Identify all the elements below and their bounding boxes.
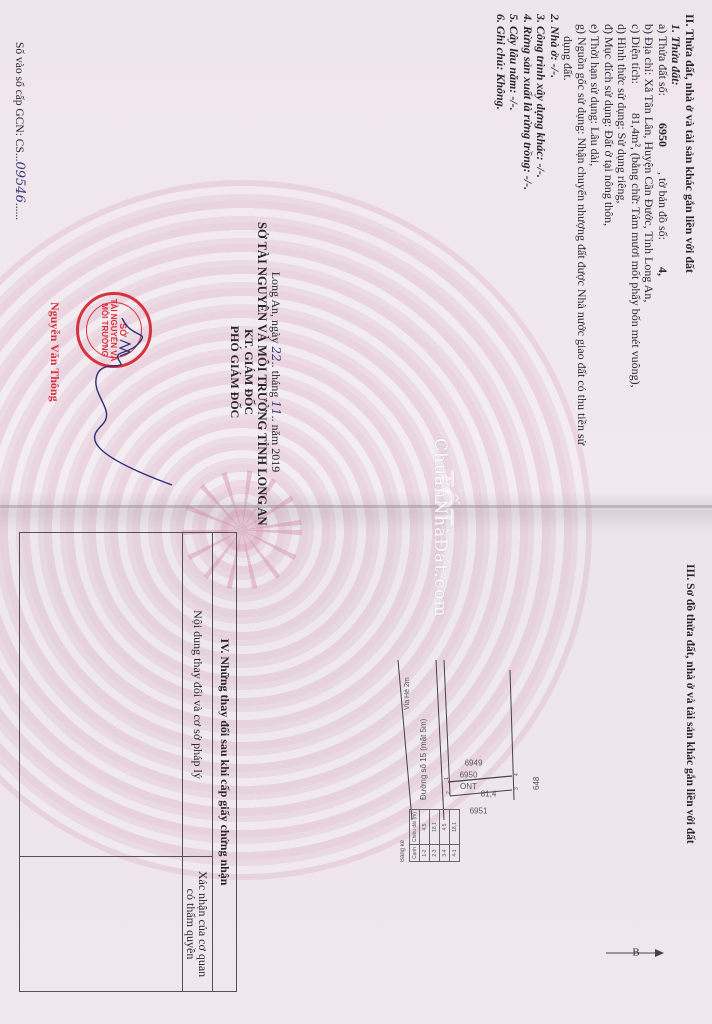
section-ii-title: II. Thửa đất, nhà ở và tài sản khác gắn … [683, 14, 697, 445]
section-iii-title: III. Sơ đồ thửa đất, nhà ở và tài sản kh… [683, 564, 697, 844]
table-row: 3-44,5 [440, 810, 450, 862]
edge-table-title: Bảng kê [400, 752, 406, 862]
changes-table: IV. Những thay đổi sau khi cấp giấy chứn… [19, 532, 237, 992]
section-ii-subtitle: 1. Thửa đất: [669, 24, 683, 445]
neighbor-parcel-back: 648 [532, 777, 541, 790]
area-row: c) Diện tích: 81,4m², (bằng chữ: Tám mươ… [629, 24, 643, 445]
registry-number: 09546 [12, 161, 27, 202]
gcn-registry-number: Số vào sổ cấp GCN: CS...09546...... [12, 42, 27, 220]
item-perennial-trees: 5. Cây lâu năm: -/-. [507, 14, 521, 445]
page-fold [0, 505, 712, 508]
kt-director: KT. GIÁM ĐỐC [242, 222, 256, 522]
usage-origin-row: g) Nguồn gốc sử dụng: Nhận chuyển nhượng… [575, 24, 589, 445]
authority-content-cell [20, 857, 183, 992]
sidewalk-label: Vỉa Hè 2m [404, 677, 411, 710]
table-row: 2-318,1 [430, 810, 440, 862]
section-ii: II. Thửa đất, nhà ở và tài sản khác gắn … [494, 14, 697, 445]
issue-month: 11 [269, 400, 283, 415]
table-row: 4-118,1 [450, 810, 460, 862]
section-iv-title: IV. Những thay đổi sau khi cấp giấy chứn… [213, 533, 237, 992]
map-sheet-number: 4, [656, 267, 670, 276]
address-row: b) Địa chỉ: Xã Tân Lân, Huyện Cần Đước, … [642, 24, 656, 445]
watermark-text: ChuẩnNhàĐất.com [430, 438, 450, 617]
issuing-agency: SỞ TÀI NGUYÊN VÀ MÔI TRƯỜNG TỈNH LONG AN [255, 222, 269, 522]
item-notes: 6. Ghi chú: Không. [494, 14, 508, 445]
authority-column-header: Xác nhận của cơ quan có thẩm quyền [183, 857, 213, 992]
usage-purpose-row: đ) Mục đích sử dụng: Đất ở tại nông thôn… [602, 24, 616, 445]
signer-name: Nguyễn Văn Thông [47, 302, 62, 402]
parcel-number-row: a) Thửa đất số: 6950 , tờ bản đồ số: 4, [656, 24, 670, 445]
north-arrow-icon: B [604, 935, 664, 975]
parcel-number: 6950 [656, 123, 670, 147]
edge-length-table: Bảng kê CạnhChiều dài (m) 1-24,5 2-318,1… [400, 752, 480, 862]
edge-table: CạnhChiều dài (m) 1-24,5 2-318,1 3-44,5 … [409, 809, 460, 862]
signature-block: Long An, ngày 22.. tháng 11.. năm 2019 S… [228, 222, 282, 522]
parcel-area-label: 81,4 [481, 790, 497, 799]
signature-icon [52, 300, 192, 500]
usage-origin-cont: dụng đất. [561, 36, 575, 445]
table-row: 1-24,5 [420, 810, 430, 862]
item-other-construction: 3. Công trình xây dựng khác: -/-. [534, 14, 548, 445]
changes-content-cell [20, 533, 183, 857]
item-house: 2. Nhà ở: -/-. [548, 14, 562, 445]
area-value: 81,4m², (bằng chữ: Tám mươi mốt phẩy bốn… [629, 113, 643, 388]
deputy-director: PHÓ GIÁM ĐỐC [228, 222, 242, 522]
corner-3: 3 [514, 787, 520, 790]
usage-term-row: e) Thời hạn sử dụng: Lâu dài, [588, 24, 602, 445]
land-use-certificate-spread: II. Thửa đất, nhà ở và tài sản khác gắn … [0, 0, 712, 1024]
issue-date: Long An, ngày 22.. tháng 11.. năm 2019 [269, 222, 283, 522]
issue-day: 22 [269, 346, 283, 361]
changes-column-header: Nội dung thay đổi và cơ sở pháp lý [183, 533, 213, 857]
usage-form-row: d) Hình thức sử dụng: Sử dụng riêng, [615, 24, 629, 445]
corner-4: 4 [514, 773, 520, 776]
north-label: B [632, 947, 639, 959]
item-planted-forest: 4. Rừng sản xuất là rừng trồng: -/-. [521, 14, 535, 445]
